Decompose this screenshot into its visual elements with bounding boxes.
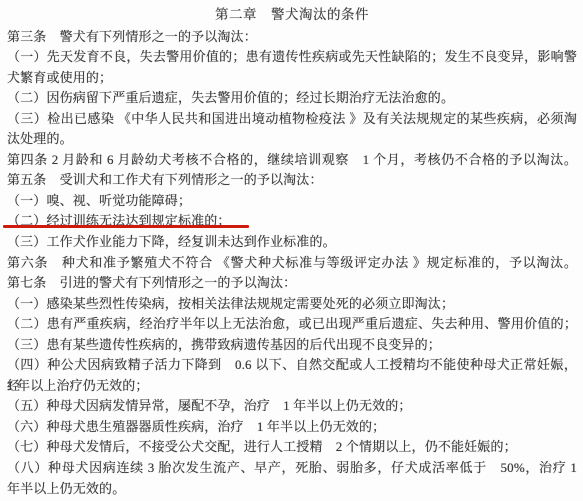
document-line: 犬繁育或使用的； bbox=[7, 68, 577, 89]
document-line: （六）种母犬患生殖器器质性疾病，治疗 1 年半以上仍无效的； bbox=[7, 417, 577, 438]
document-line: （二）患有严重疾病，经治疗半年以上无法治愈，或已出现严重后遗症、失去种用、警用价… bbox=[7, 314, 577, 335]
document-content: 第二章 警犬淘汰的条件 第三条 警犬有下列情形之一的予以淘汰：（一）先天发育不良… bbox=[0, 0, 583, 501]
document-line: （一）先天发育不良，失去警用价值的；患有遗传性疾病或先天性缺陷的；发生不良变异，… bbox=[7, 47, 577, 68]
document-line: （一）感染某些烈性传染病，按相关法律法规规定需要处死的必须立即淘汰； bbox=[7, 294, 577, 315]
document-line: （七）种母犬发情后，不接受公犬交配，进行人工授精 2 个情期以上，仍不能妊娠的； bbox=[7, 437, 577, 458]
document-line: 第五条 受训犬和工作犬有下列情形之一的予以淘汰： bbox=[7, 170, 577, 191]
document-line: 1 年以上治疗仍无效的； bbox=[7, 376, 577, 397]
document-line: 第三条 警犬有下列情形之一的予以淘汰： bbox=[7, 27, 577, 48]
document-line: 年半以上仍无效的。 bbox=[7, 479, 577, 500]
document-line: （三）检出已感染 《中华人民共和国进出境动植物检疫法 》及有关法规规定的某些疾病… bbox=[7, 109, 577, 130]
document-body: 第三条 警犬有下列情形之一的予以淘汰：（一）先天发育不良，失去警用价值的；患有遗… bbox=[7, 27, 577, 500]
document-line: （三）患有某些遗传性疾病的，携带致病遗传基因的后代出现不良变异的； bbox=[7, 335, 577, 356]
document-line: 汰处理的。 bbox=[7, 129, 577, 150]
document-line: （八）种母犬因病连续 3 胎次发生流产、早产，死胎、弱胎多，仔犬成活率低于 50… bbox=[7, 458, 577, 479]
document-line: 第四条 2 月龄和 6 月龄幼犬考核不合格的，继续培训观察 1 个月，考核仍不合… bbox=[7, 150, 577, 171]
document-line: 第六条 种犬和准予繁殖犬不符合 《警犬种犬标准与等级评定办法 》规定标准的，予以… bbox=[7, 253, 577, 274]
document-line: （一）嗅、视、听觉功能障碍； bbox=[7, 191, 577, 212]
document-page: { "document": { "title": "第二章 警犬淘汰的条件", … bbox=[0, 0, 583, 501]
document-line: （二）经过训练无法达到规定标准的； bbox=[7, 211, 577, 232]
red-underline-annotation bbox=[3, 225, 249, 228]
document-line: （二）因伤病留下严重后遗症，失去警用价值的；经过长期治疗无法治愈的。 bbox=[7, 88, 577, 109]
chapter-title: 第二章 警犬淘汰的条件 bbox=[7, 5, 577, 26]
document-line: （四）种公犬因病致精子活力下降到 0.6 以下、自然交配或人工授精均不能使种母犬… bbox=[7, 355, 577, 376]
document-line: 第七条 引进的警犬有下列情形之一的予以淘汰： bbox=[7, 273, 577, 294]
document-line: （五）种母犬因病发情异常，屡配不孕，治疗 1 年半以上仍无效的； bbox=[7, 396, 577, 417]
document-line: （三）工作犬作业能力下降，经复训未达到作业标准的。 bbox=[7, 232, 577, 253]
